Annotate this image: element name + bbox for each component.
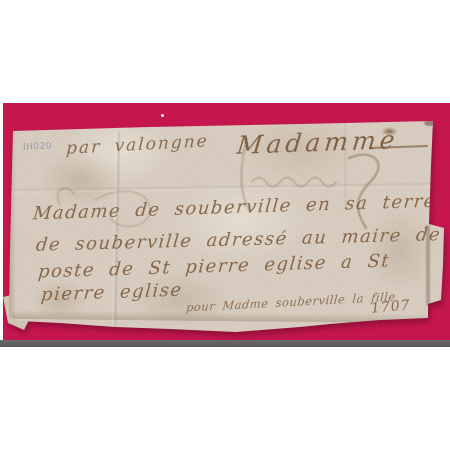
ink-showthrough-squiggle: [252, 178, 336, 187]
folded-letter-1707: IH020 par valongne Madamme Madame de sou…: [0, 0, 450, 450]
inventory-mark: IH020: [23, 141, 53, 153]
salutation-madamme: Madamme: [236, 125, 401, 160]
folded-letter-wrapper: IH020 par valongne Madamme Madame de sou…: [0, 0, 450, 450]
product-photo: IH020 par valongne Madamme Madame de sou…: [0, 0, 450, 450]
paraph-flourish: [349, 155, 378, 228]
